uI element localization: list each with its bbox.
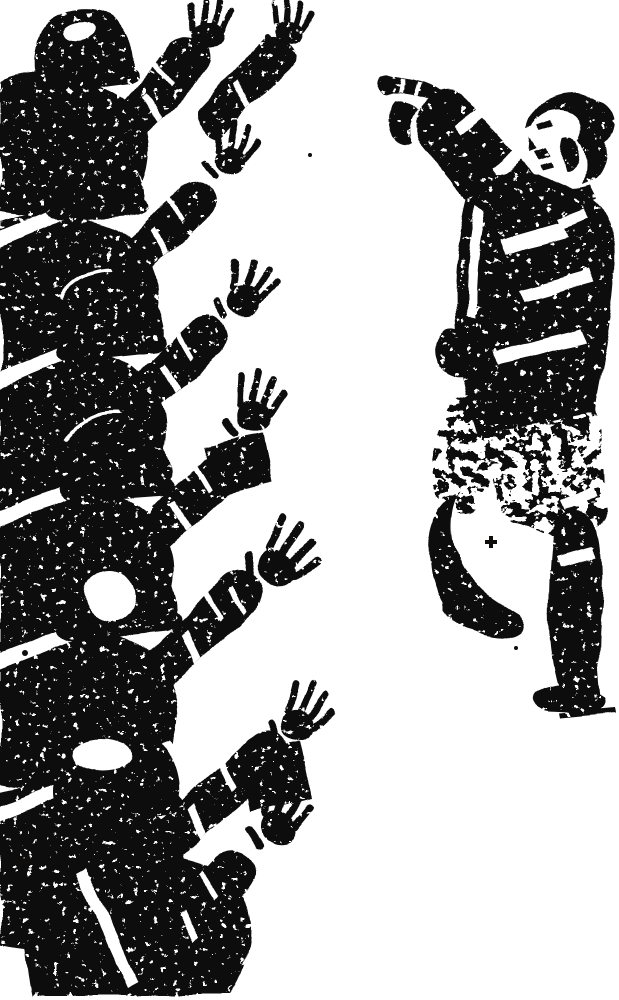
speck — [22, 650, 28, 656]
helmet-6-highlight — [72, 740, 132, 772]
helmet-5-highlight — [84, 570, 136, 622]
halftone-photograph: High-contrast black-and-white halftone r… — [0, 0, 619, 1000]
figure-right-leg — [548, 506, 603, 710]
photograph-canvas — [0, 0, 619, 1000]
speck — [514, 646, 518, 650]
speck — [308, 153, 312, 157]
